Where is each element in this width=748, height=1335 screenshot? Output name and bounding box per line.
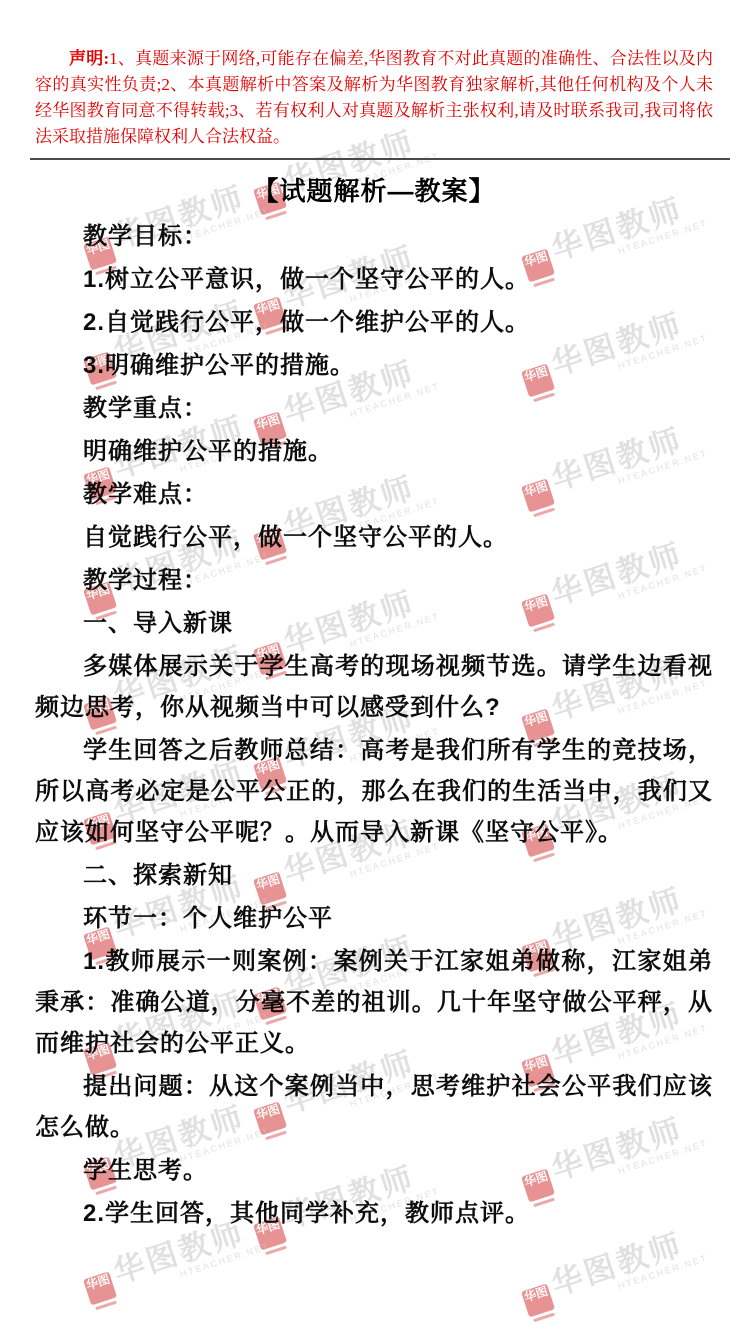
paragraph: 1.树立公平意识，做一个坚守公平的人。 (35, 259, 713, 300)
paragraph: 多媒体展示关于学生高考的现场视频节选。请学生边看视频边思考，你从视频当中可以感受… (35, 646, 713, 728)
paragraph: 1.教师展示一则案例：案例关于江家姐弟做称，江家姐弟秉承：准确公道，分毫不差的祖… (35, 941, 713, 1064)
paragraph: 二、探索新知 (35, 855, 713, 896)
paragraph: 3.明确维护公平的措施。 (35, 345, 713, 386)
paragraph: 教学过程： (35, 560, 713, 601)
paragraph: 明确维护公平的措施。 (35, 431, 713, 472)
document-page: 华图 华图教师 HTEACHER.NET 华图 华图教师 HTEACHER.NE… (0, 0, 748, 1335)
watermark-brand-text: 华图教师 (548, 1222, 706, 1301)
watermark-domain-text: HTEACHER.NET (617, 1253, 710, 1292)
page-title: 【试题解析—教案】 (0, 174, 748, 208)
disclaimer-text: 1、真题来源于网络,可能存在偏差,华图教育不对此真题的准确性、合法性以及内容的真… (35, 49, 713, 146)
paragraph: 自觉践行公平，做一个坚守公平的人。 (35, 517, 713, 558)
disclaimer-label: 声明: (69, 49, 109, 68)
paragraph: 一、导入新课 (35, 603, 713, 644)
separator-line (30, 158, 730, 160)
document-body: 教学目标：1.树立公平意识，做一个坚守公平的人。2.自觉践行公平，做一个维护公平… (35, 216, 713, 1234)
paragraph: 2.学生回答，其他同学补充，教师点评。 (35, 1193, 713, 1234)
huatu-logo-icon: 华图 (521, 1283, 557, 1323)
paragraph: 学生回答之后教师总结：高考是我们所有学生的竞技场，所以高考必定是公平公正的，那么… (35, 730, 713, 853)
paragraph: 教学重点： (35, 388, 713, 429)
paragraph: 环节一：个人维护公平 (35, 898, 713, 939)
watermark-stamp: 华图 华图教师 HTEACHER.NET (517, 1219, 725, 1334)
paragraph: 2.自觉践行公平，做一个维护公平的人。 (35, 302, 713, 343)
disclaimer-notice: 声明:1、真题来源于网络,可能存在偏差,华图教育不对此真题的准确性、合法性以及内… (0, 0, 748, 158)
paragraph: 教学目标： (35, 216, 713, 257)
watermark-domain-text: HTEACHER.NET (179, 1241, 272, 1280)
paragraph: 学生思考。 (35, 1150, 713, 1191)
huatu-logo-icon: 华图 (83, 1271, 119, 1311)
paragraph: 提出问题：从这个案例当中，思考维护社会公平我们应该怎么做。 (35, 1066, 713, 1148)
paragraph: 教学难点： (35, 474, 713, 515)
